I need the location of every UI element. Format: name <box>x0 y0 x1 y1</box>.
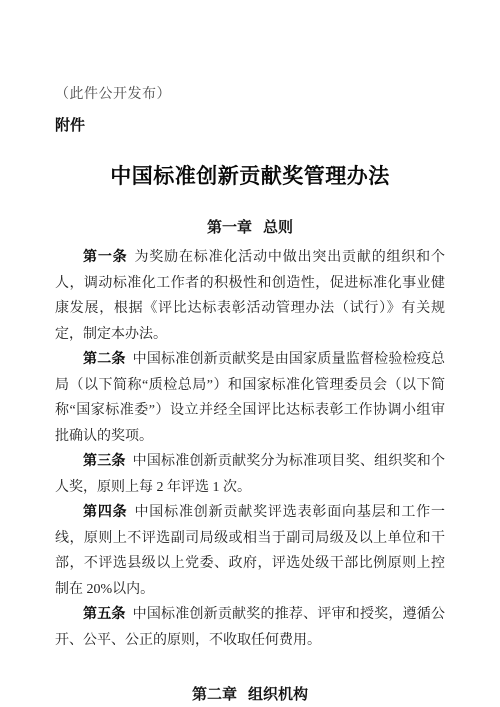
article-3: 第三条中国标准创新贡献奖分为标准项目奖、组织奖和个人奖，原则上每 2 年评选 1… <box>55 449 445 500</box>
document-title: 中国标准创新贡献奖管理办法 <box>55 162 445 190</box>
article-1: 第一条为奖励在标准化活动中做出突出贡献的组织和个人，调动标准化工作者的积极性和创… <box>55 245 445 347</box>
article-5-label: 第五条 <box>83 607 126 622</box>
article-2-label: 第二条 <box>83 352 126 367</box>
document-content: （此件公开发布） 附件 中国标准创新贡献奖管理办法 第一章 总则 第一条为奖励在… <box>0 0 500 706</box>
chapter-1-heading: 第一章 总则 <box>55 217 445 239</box>
chapter-1-articles: 第一条为奖励在标准化活动中做出突出贡献的组织和个人，调动标准化工作者的积极性和创… <box>55 245 445 653</box>
document-page: （此件公开发布） 附件 中国标准创新贡献奖管理办法 第一章 总则 第一条为奖励在… <box>0 0 500 707</box>
attachment-label: 附件 <box>55 116 445 136</box>
chapter-2-heading: 第二章 组织机构 <box>55 684 445 706</box>
article-2: 第二条中国标准创新贡献奖是由国家质量监督检验检疫总局（以下简称“质检总局”）和国… <box>55 347 445 449</box>
article-4-label: 第四条 <box>83 505 127 520</box>
article-5: 第五条中国标准创新贡献奖的推荐、评审和授奖，遵循公开、公平、公正的原则，不收取任… <box>55 602 445 653</box>
article-1-label: 第一条 <box>83 250 127 265</box>
public-release-note: （此件公开发布） <box>55 86 445 104</box>
article-3-label: 第三条 <box>83 454 126 469</box>
article-4: 第四条中国标准创新贡献奖评选表彰面向基层和工作一线，原则上不评选副司局级或相当于… <box>55 500 445 602</box>
